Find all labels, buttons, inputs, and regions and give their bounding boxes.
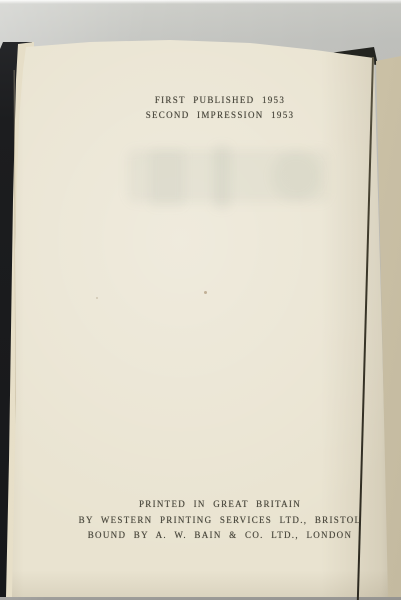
edition-imprint: FIRST PUBLISHED 1953 SECOND IMPRESSION 1…	[40, 93, 400, 123]
paper-speck	[204, 291, 207, 294]
book-photo: FIRST PUBLISHED 1953 SECOND IMPRESSION 1…	[0, 0, 401, 600]
printer-imprint: PRINTED IN GREAT BRITAIN BY WESTERN PRIN…	[40, 497, 400, 544]
printer-line-country: PRINTED IN GREAT BRITAIN	[40, 497, 400, 513]
paper-speck	[96, 297, 98, 299]
printer-line-printer: BY WESTERN PRINTING SERVICES LTD., BRIST…	[40, 513, 400, 529]
edition-line-first-published: FIRST PUBLISHED 1953	[40, 93, 400, 108]
edition-line-second-impression: SECOND IMPRESSION 1953	[40, 108, 400, 123]
printer-line-binder: BOUND BY A. W. BAIN & CO. LTD., LONDON	[40, 528, 400, 544]
